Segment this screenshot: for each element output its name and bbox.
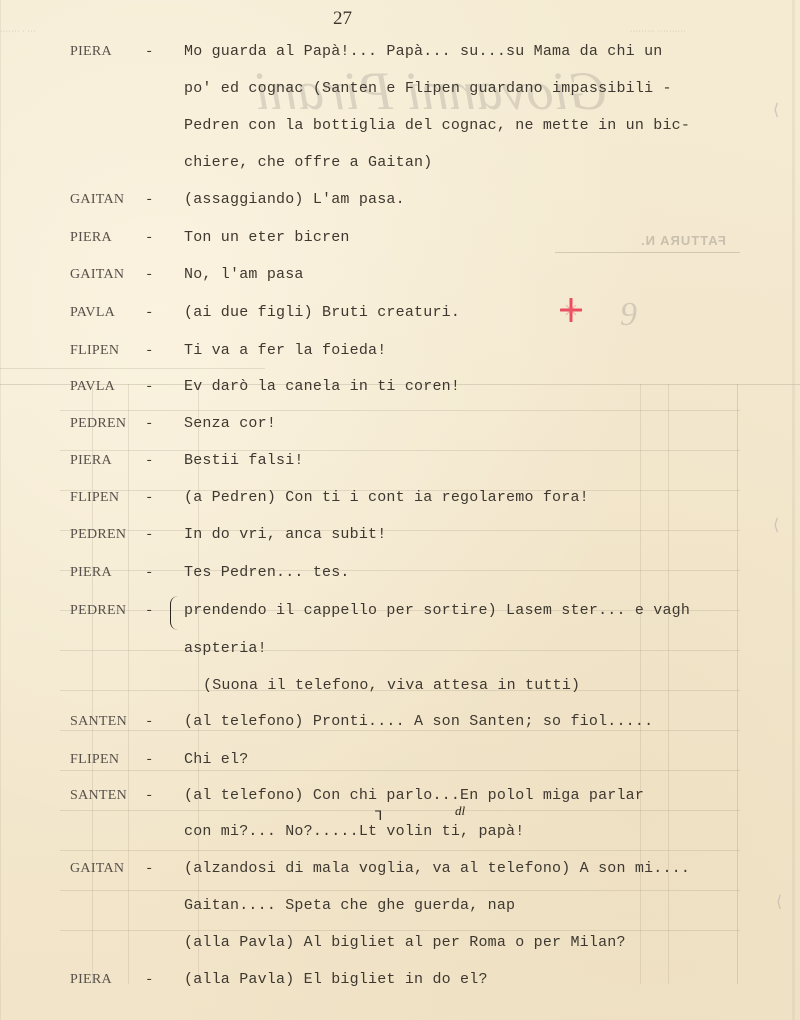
speaker-dash: -: [145, 565, 153, 581]
edge-punch-mark: ⟨: [773, 100, 779, 119]
handwritten-correction: dl: [455, 803, 465, 819]
speaker-dash: -: [145, 305, 153, 321]
stage-direction: (Suona il telefono, viva attesa in tutti…: [203, 677, 580, 694]
speaker-dash: -: [145, 861, 153, 877]
dialogue-line: (al telefono) Pronti.... A son Santen; s…: [184, 713, 653, 730]
speaker-dash: -: [145, 230, 153, 246]
speaker-name: PIERA: [70, 565, 112, 581]
dialogue-line: Ti va a fer la foieda!: [184, 342, 386, 359]
dialogue-line: Gaitan.... Speta che ghe guerda, nap: [184, 897, 515, 914]
speaker-name: PIERA: [70, 44, 112, 60]
dialogue-line: (ai due figli) Bruti creaturi.: [184, 304, 460, 321]
dialogue-line: Bestii falsi!: [184, 452, 304, 469]
handwritten-correction: ꓶ: [375, 808, 382, 824]
dialogue-line: Ev darò la canela in ti coren!: [184, 378, 460, 395]
speaker-dash: -: [145, 453, 153, 469]
speaker-name: FLIPEN: [70, 490, 119, 506]
speaker-dash: -: [145, 267, 153, 283]
dialogue-line: (al telefono) Con chi parlo...En polol m…: [184, 787, 644, 804]
speaker-name: PEDREN: [70, 603, 126, 619]
speaker-dash: -: [145, 490, 153, 506]
dialogue-line: chiere, che offre a Gaitan): [184, 154, 432, 171]
dialogue-line: con mi?... No?.....Lt volin ti, papà!: [184, 823, 524, 840]
speaker-name: FLIPEN: [70, 752, 119, 768]
dialogue-line: Mo guarda al Papà!... Papà... su...su Ma…: [184, 43, 662, 60]
faint-header-right: ········· ··········: [630, 28, 686, 35]
edge-punch-mark: ⟨: [776, 892, 782, 911]
scanned-page: ······· · ··· ········· ·········· Giova…: [0, 0, 800, 1020]
dialogue-line: aspteria!: [184, 640, 267, 657]
speaker-dash: -: [145, 752, 153, 768]
speaker-dash: -: [145, 714, 153, 730]
speaker-name: PIERA: [70, 230, 112, 246]
pencil-number-mark: 9: [620, 296, 637, 334]
speaker-name: SANTEN: [70, 714, 127, 730]
speaker-name: PIERA: [70, 453, 112, 469]
speaker-dash: -: [145, 527, 153, 543]
edge-punch-mark: ⟨: [773, 515, 779, 534]
speaker-dash: -: [145, 603, 153, 619]
dialogue-line: (assaggiando) L'am pasa.: [184, 191, 405, 208]
dialogue-line: Senza cor!: [184, 415, 276, 432]
dialogue-line: (alla Pavla) Al bigliet al per Roma o pe…: [184, 934, 626, 951]
mirrored-fattura-stamp: FATTURA N.: [640, 233, 726, 248]
speaker-dash: -: [145, 44, 153, 60]
dialogue-line: No, l'am pasa: [184, 266, 304, 283]
faint-header-left: ······· · ···: [0, 28, 36, 35]
speaker-name: PIERA: [70, 972, 112, 988]
speaker-name: PEDREN: [70, 527, 126, 543]
speaker-name: PEDREN: [70, 416, 126, 432]
speaker-dash: -: [145, 192, 153, 208]
speaker-name: PAVLA: [70, 305, 115, 321]
dialogue-line: (alzandosi di mala voglia, va al telefon…: [184, 860, 690, 877]
handwritten-bracket: [170, 596, 179, 630]
page-number: 27: [333, 8, 352, 30]
speaker-name: GAITAN: [70, 192, 124, 208]
dialogue-line: Pedren con la bottiglia del cognac, ne m…: [184, 117, 690, 134]
speaker-name: GAITAN: [70, 861, 124, 877]
speaker-dash: -: [145, 343, 153, 359]
speaker-name: GAITAN: [70, 267, 124, 283]
speaker-name: FLIPEN: [70, 343, 119, 359]
dialogue-line: (a Pedren) Con ti i cont ia regolaremo f…: [184, 489, 589, 506]
speaker-dash: -: [145, 379, 153, 395]
dialogue-line: Tes Pedren... tes.: [184, 564, 350, 581]
dialogue-line: (alla Pavla) El bigliet in do el?: [184, 971, 488, 988]
speaker-dash: -: [145, 972, 153, 988]
speaker-name: PAVLA: [70, 379, 115, 395]
speaker-dash: -: [145, 416, 153, 432]
dialogue-line: po' ed cognac (Santen e Flipen guardano …: [184, 80, 672, 97]
speaker-dash: -: [145, 788, 153, 804]
dialogue-line: Chi el?: [184, 751, 248, 768]
red-cross-mark-icon: [560, 298, 582, 322]
dialogue-line: In do vri, anca subit!: [184, 526, 386, 543]
speaker-name: SANTEN: [70, 788, 127, 804]
dialogue-line: Ton un eter bicren: [184, 229, 350, 246]
dialogue-line: prendendo il cappello per sortire) Lasem…: [184, 602, 690, 619]
